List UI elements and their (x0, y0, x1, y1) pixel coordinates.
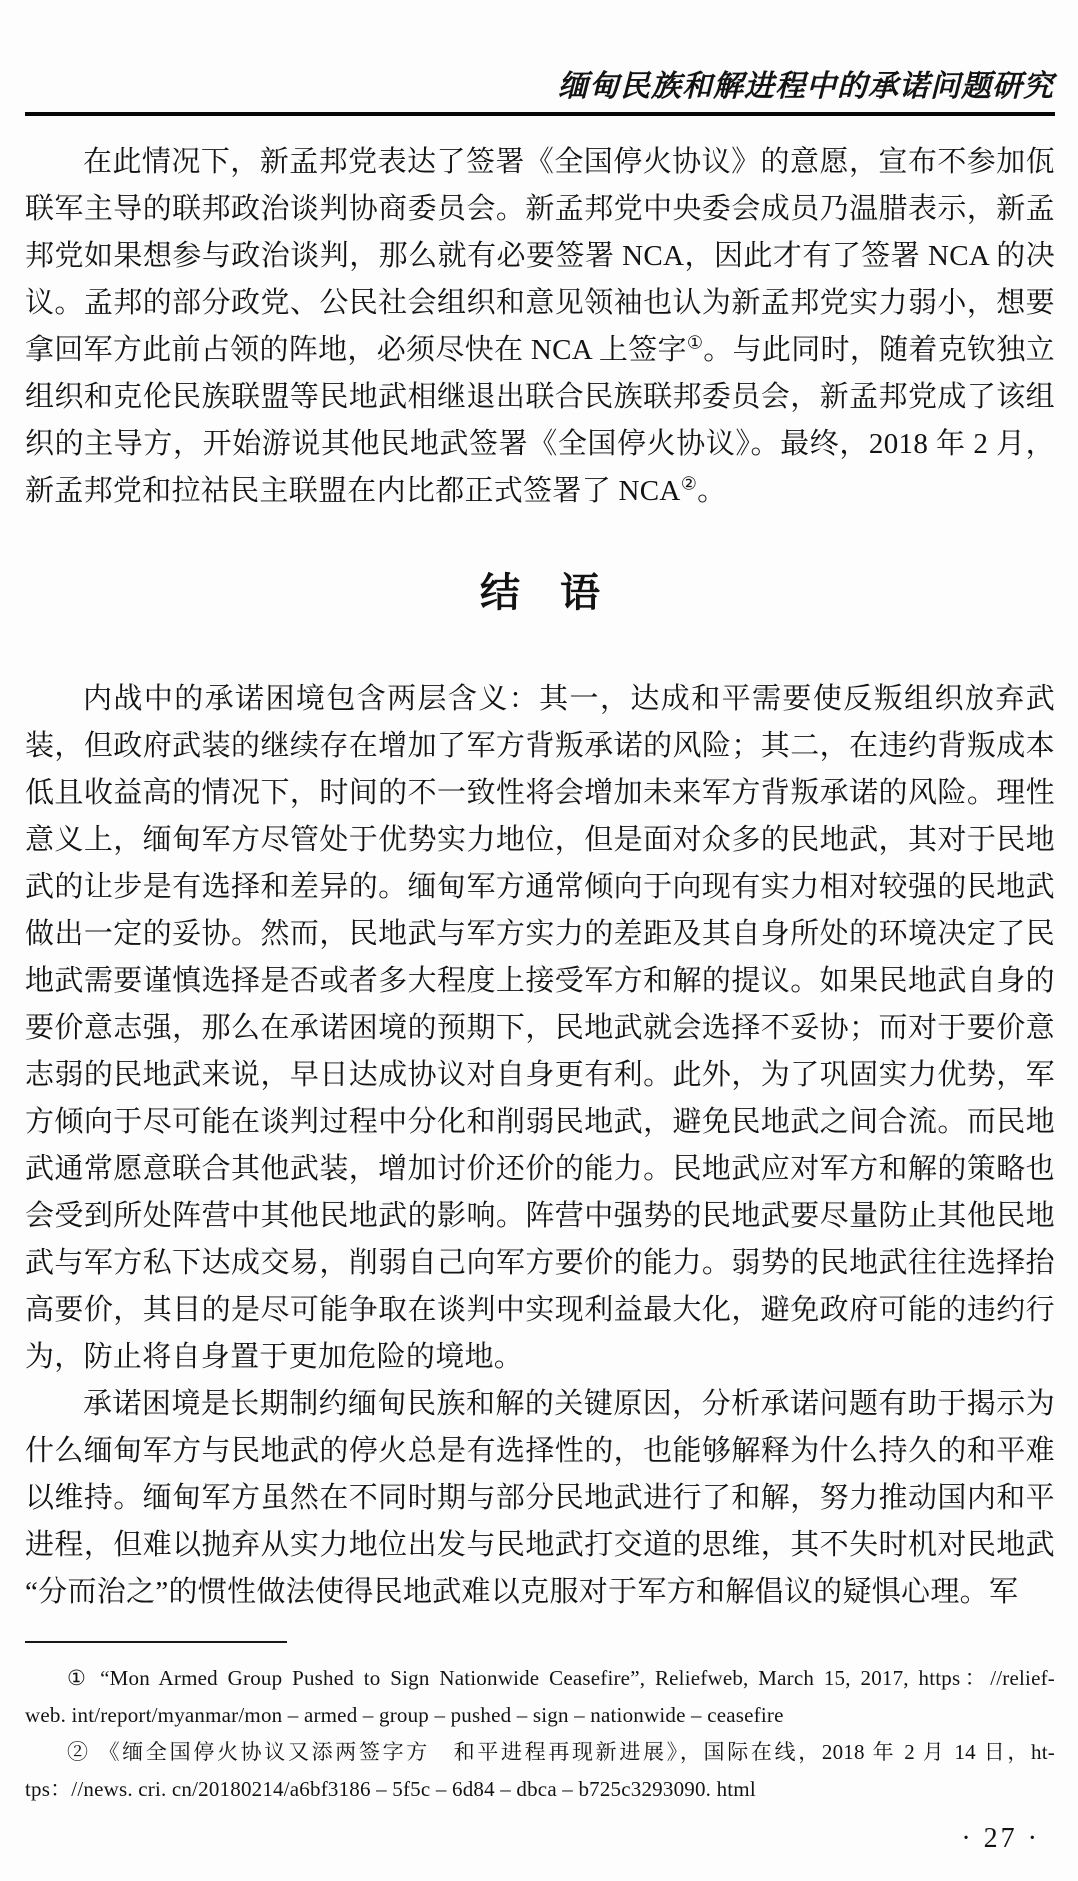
paragraph-nca-signing: 在此情况下，新孟邦党表达了签署《全国停火协议》的意愿，宣布不参加佤联军主导的联邦… (25, 139, 1055, 515)
text-segment: 在此情况下，新孟邦党表达了签署《全国停火协议》的意愿，宣布不参加佤联军主导的联邦… (25, 146, 1055, 366)
section-heading-conclusion: 结 语 (25, 571, 1055, 615)
text-segment: 承诺困境是长期制约缅甸民族和解的关键原因，分析承诺问题有助于揭示为什么缅甸军方与… (25, 1388, 1055, 1608)
footnote-line: tps：//news. cri. cn/20180214/a6bf3186 – … (25, 1771, 1055, 1808)
footnote-2: ② 《缅全国停火协议又添两签字方 和平进程再现新进展》，国际在线，2018 年 … (25, 1734, 1055, 1808)
footnote-reference-mark: ② (681, 473, 697, 493)
footnote-separator (25, 1641, 287, 1643)
header-rule (25, 112, 1055, 116)
document-page: 缅甸民族和解进程中的承诺问题研究 在此情况下，新孟邦党表达了签署《全国停火协议》… (0, 0, 1078, 1881)
paragraph-commitment-dilemma: 内战中的承诺困境包含两层含义：其一，达成和平需要使反叛组织放弃武装，但政府武装的… (25, 676, 1055, 1381)
footnote-line: web. int/report/myanmar/mon – armed – gr… (25, 1697, 1055, 1734)
text-segment: 。 (697, 475, 726, 507)
footnote-line: ② 《缅全国停火协议又添两签字方 和平进程再现新进展》，国际在线，2018 年 … (25, 1734, 1055, 1771)
footnote-reference-mark: ① (687, 332, 703, 352)
footnote-1: ① “Mon Armed Group Pushed to Sign Nation… (25, 1660, 1055, 1734)
text-segment: 内战中的承诺困境包含两层含义：其一，达成和平需要使反叛组织放弃武装，但政府武装的… (25, 683, 1055, 1373)
footnotes-block: ① “Mon Armed Group Pushed to Sign Nation… (25, 1660, 1055, 1808)
footnote-line: ① “Mon Armed Group Pushed to Sign Nation… (25, 1660, 1055, 1697)
running-header-title: 缅甸民族和解进程中的承诺问题研究 (558, 61, 1054, 105)
paragraph-conclusion-summary: 承诺困境是长期制约缅甸民族和解的关键原因，分析承诺问题有助于揭示为什么缅甸军方与… (25, 1381, 1055, 1616)
page-number: · 27 · (961, 1823, 1040, 1855)
